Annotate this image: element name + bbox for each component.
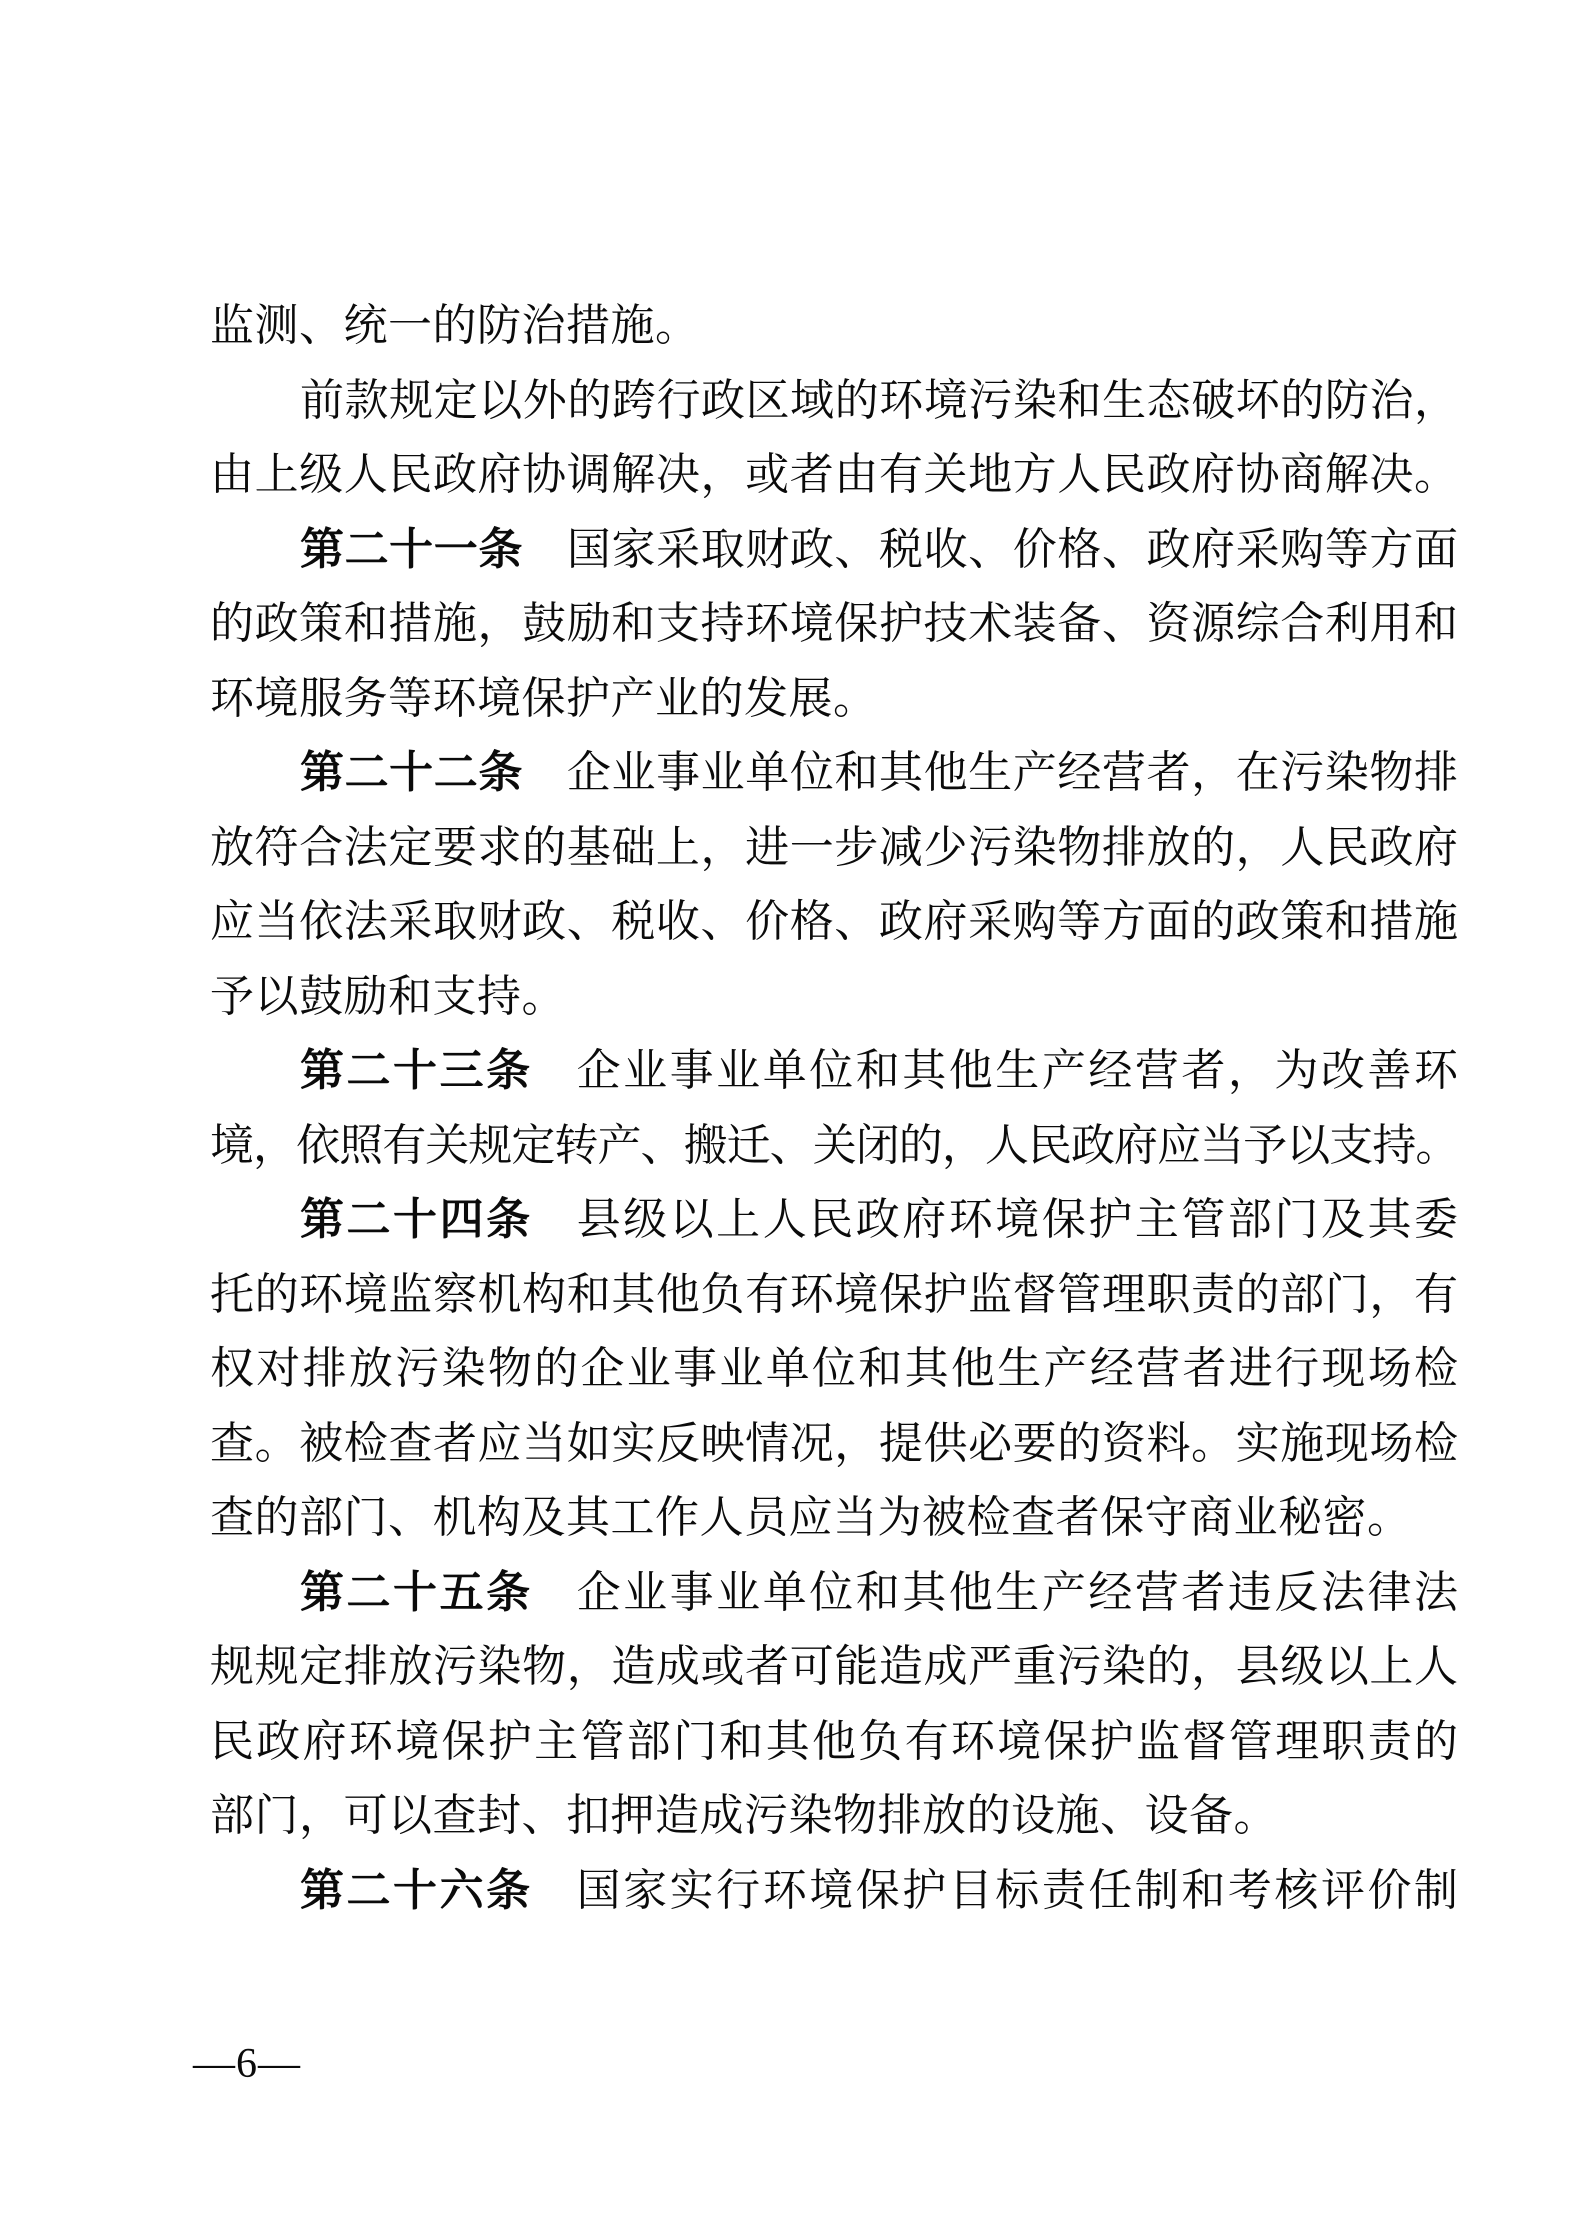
article-number: 第二十五条 <box>300 1568 533 1617</box>
document-line: 的政策和措施，鼓励和支持环境保护技术装备、资源综合利用和 <box>210 587 1458 662</box>
document-line: 查的部门、机构及其工作人员应当为被检查者保守商业秘密。 <box>210 1481 1458 1556</box>
article-number: 第二十六条 <box>300 1866 533 1915</box>
line-text: 予以鼓励和支持。 <box>210 972 566 1021</box>
document-line-article-25: 第二十五条企业事业单位和其他生产经营者违反法律法 <box>210 1556 1458 1631</box>
document-line: 查。被检查者应当如实反映情况，提供必要的资料。实施现场检 <box>210 1407 1458 1482</box>
line-text: 境，依照有关规定转产、搬迁、关闭的，人民政府应当予以支持。 <box>210 1121 1458 1170</box>
line-text: 查。被检查者应当如实反映情况，提供必要的资料。实施现场检 <box>210 1419 1458 1468</box>
document-line: 前款规定以外的跨行政区域的环境污染和生态破坏的防治， <box>210 364 1458 439</box>
line-text: 规规定排放污染物，造成或者可能造成严重污染的，县级以上人 <box>210 1642 1458 1691</box>
document-line-article-24: 第二十四条县级以上人民政府环境保护主管部门及其委 <box>210 1183 1458 1258</box>
line-text: 企业事业单位和其他生产经营者违反法律法 <box>577 1568 1458 1617</box>
document-line: 部门，可以查封、扣押造成污染物排放的设施、设备。 <box>210 1779 1458 1854</box>
article-number: 第二十二条 <box>300 748 523 797</box>
line-text: 民政府环境保护主管部门和其他负有环境保护监督管理职责的 <box>210 1717 1458 1766</box>
document-line: 规规定排放污染物，造成或者可能造成严重污染的，县级以上人 <box>210 1630 1458 1705</box>
document-page: 监测、统一的防治措施。 前款规定以外的跨行政区域的环境污染和生态破坏的防治， 由… <box>0 0 1580 2238</box>
document-line: 环境服务等环境保护产业的发展。 <box>210 662 1458 737</box>
line-text: 国家采取财政、税收、价格、政府采购等方面 <box>567 525 1458 574</box>
document-line-article-23: 第二十三条企业事业单位和其他生产经营者，为改善环 <box>210 1034 1458 1109</box>
document-line: 境，依照有关规定转产、搬迁、关闭的，人民政府应当予以支持。 <box>210 1109 1458 1184</box>
document-line: 由上级人民政府协调解决，或者由有关地方人民政府协商解决。 <box>210 438 1458 513</box>
line-text: 环境服务等环境保护产业的发展。 <box>210 674 878 723</box>
document-line: 民政府环境保护主管部门和其他负有环境保护监督管理职责的 <box>210 1705 1458 1780</box>
document-line: 监测、统一的防治措施。 <box>210 289 1458 364</box>
article-number: 第二十四条 <box>300 1195 533 1244</box>
document-line: 托的环境监察机构和其他负有环境保护监督管理职责的部门，有 <box>210 1258 1458 1333</box>
article-number: 第二十三条 <box>300 1046 533 1095</box>
page-number: —6— <box>193 2040 301 2088</box>
line-text: 前款规定以外的跨行政区域的环境污染和生态破坏的防治， <box>300 376 1458 425</box>
document-line: 予以鼓励和支持。 <box>210 960 1458 1035</box>
document-line-article-21: 第二十一条国家采取财政、税收、价格、政府采购等方面 <box>210 513 1458 588</box>
document-line: 应当依法采取财政、税收、价格、政府采购等方面的政策和措施 <box>210 885 1458 960</box>
line-text: 企业事业单位和其他生产经营者，在污染物排 <box>567 748 1458 797</box>
line-text: 应当依法采取财政、税收、价格、政府采购等方面的政策和措施 <box>210 897 1458 946</box>
line-text: 监测、统一的防治措施。 <box>210 301 700 350</box>
line-text: 的政策和措施，鼓励和支持环境保护技术装备、资源综合利用和 <box>210 599 1458 648</box>
line-text: 国家实行环境保护目标责任制和考核评价制 <box>577 1866 1458 1915</box>
document-body: 监测、统一的防治措施。 前款规定以外的跨行政区域的环境污染和生态破坏的防治， 由… <box>210 289 1458 1928</box>
document-line-article-22: 第二十二条企业事业单位和其他生产经营者，在污染物排 <box>210 736 1458 811</box>
line-text: 查的部门、机构及其工作人员应当为被检查者保守商业秘密。 <box>210 1493 1412 1542</box>
line-text: 权对排放污染物的企业事业单位和其他生产经营者进行现场检 <box>210 1344 1458 1393</box>
document-line: 权对排放污染物的企业事业单位和其他生产经营者进行现场检 <box>210 1332 1458 1407</box>
line-text: 放符合法定要求的基础上，进一步减少污染物排放的，人民政府 <box>210 823 1458 872</box>
line-text: 托的环境监察机构和其他负有环境保护监督管理职责的部门，有 <box>210 1270 1458 1319</box>
line-text: 企业事业单位和其他生产经营者，为改善环 <box>577 1046 1458 1095</box>
line-text: 县级以上人民政府环境保护主管部门及其委 <box>577 1195 1458 1244</box>
document-line: 放符合法定要求的基础上，进一步减少污染物排放的，人民政府 <box>210 811 1458 886</box>
document-line-article-26: 第二十六条国家实行环境保护目标责任制和考核评价制 <box>210 1854 1458 1929</box>
line-text: 由上级人民政府协调解决，或者由有关地方人民政府协商解决。 <box>210 450 1458 499</box>
article-number: 第二十一条 <box>300 525 523 574</box>
line-text: 部门，可以查封、扣押造成污染物排放的设施、设备。 <box>210 1791 1278 1840</box>
